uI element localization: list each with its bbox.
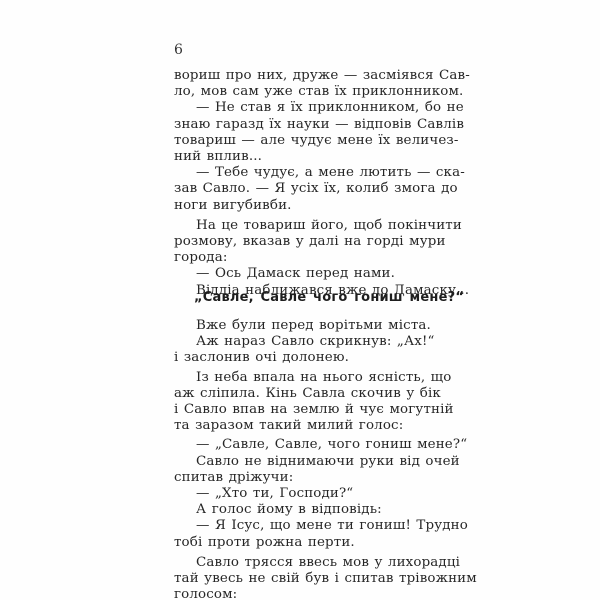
text-line: Савло трясся ввесь мов у лихорадці [196,555,460,571]
text-line: А голос йому в відповідь: [196,502,382,518]
text-line: спитав дріжучи: [174,470,293,486]
text-line: — „Хто ти, Господи?“ [196,486,353,502]
text-line: тобі проти рожна перти. [174,535,355,551]
text-line: голосом: [174,587,237,600]
text-line: і Савло впав на землю й чує могутній [174,402,454,418]
text-line: Вже були перед ворітьми міста. [196,318,431,334]
text-line: — „Савле, Савле, чого гониш мене?“ [196,437,467,453]
text-line: Аж нараз Савло скрикнув: „Ах!“ [196,334,435,350]
text-line: товариш — але чудує мене їх величез- [174,133,459,149]
text-line: — Ось Дамаск перед нами. [196,266,395,282]
text-line: Із неба впала на нього ясність, що [196,370,451,386]
text-line: розмову, вказав у далі на горді мури [174,234,446,250]
text-line: — Не став я їх приклонником, бо не [196,100,464,116]
text-line: ноги вигубивби. [174,198,292,214]
text-line: — Я Ісус, що мене ти гониш! Трудно [196,518,468,534]
text-line: На це товариш його, щоб покінчити [196,218,462,234]
text-line: ло, мов сам уже став їх приклонником. [174,84,463,100]
text-line: та заразом такий милий голос: [174,418,403,434]
text-line: города: [174,250,228,266]
text-line: вориш про них, друже — засміявся Сав- [174,68,470,84]
text-line: Савло не віднимаючи руки від очей [196,454,460,470]
text-line: аж сліпила. Кінь Савла скочив у бік [174,386,441,402]
text-line: знаю гаразд їх науки — відповів Савлів [174,117,464,133]
text-line: зав Савло. — Я усіх їх, колиб змога до [174,181,458,197]
text-line: і заслонив очі долонею. [174,350,349,366]
page-number: 6 [174,42,183,58]
chapter-heading: „Савле, Савле чого гониш мене?“ [194,290,464,306]
text-line: тай увесь не свій був і спитав трівожним [174,571,477,587]
text-line: — Тебе чудує, а мене лютить — ска- [196,165,465,181]
text-line: ний вплив... [174,149,262,165]
book-page: 6 вориш про них, друже — засміявся Сав-л… [0,0,600,600]
